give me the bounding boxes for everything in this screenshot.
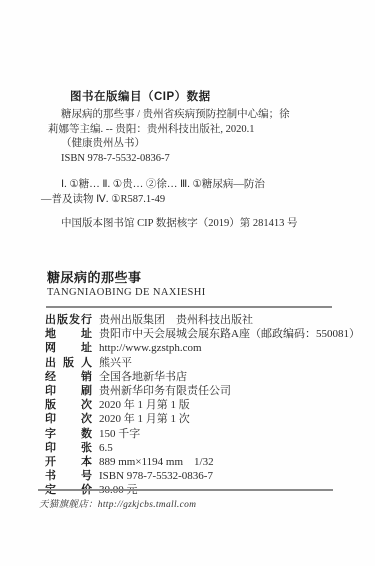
cip-classification-line: —普及读物 Ⅳ. ①R587.1-49	[41, 193, 348, 208]
book-title: 糖尿病的那些事	[47, 267, 142, 286]
cip-record: 糖尿病的那些事 / 贵州省疾病预防控制中心编；徐 莉娜等主编. -- 贵阳：贵州…	[48, 108, 348, 232]
pub-row-edition: 版次 2020 年 1 月第 1 版	[45, 396, 355, 410]
pub-row-sheets: 印张 6.5	[45, 439, 355, 453]
book-copyright-page: 图书在版编目（CIP）数据 糖尿病的那些事 / 贵州省疾病预防控制中心编；徐 莉…	[0, 0, 375, 566]
cip-record-line: 糖尿病的那些事 / 贵州省疾病预防控制中心编；徐	[48, 108, 348, 123]
publication-info-table: 出版发行 贵州出版集团 贵州科技出版社 地址 贵阳市中天会展城会展东路A座（邮政…	[45, 311, 355, 495]
cip-classification-line: Ⅰ. ①糖… Ⅱ. ①贵… ②徐… Ⅲ. ①糖尿病—防治	[48, 178, 348, 193]
pub-row-format: 开本 889 mm×1194 mm 1/32	[45, 453, 355, 467]
divider-bottom	[38, 489, 333, 491]
pub-row-word-count: 字数 150 千字	[45, 425, 355, 439]
pub-row-publisher: 出版发行 贵州出版集团 贵州科技出版社	[45, 311, 355, 325]
pub-row-value: 889 mm×1194 mm 1/32	[99, 453, 214, 469]
cip-record-line: 莉娜等主编. -- 贵阳：贵州科技出版社, 2020.1	[48, 123, 348, 138]
cip-heading: 图书在版编目（CIP）数据	[70, 88, 211, 104]
pub-row-value: 6.5	[99, 442, 113, 454]
pub-row-value: 贵阳市中天会展城会展东路A座（邮政编码：550081）	[99, 325, 360, 341]
pub-row-website: 网址 http://www.gzstph.com	[45, 339, 355, 353]
pub-row-value: http://www.gzstph.com	[99, 342, 202, 354]
book-title-pinyin: TANGNIAOBING DE NAXIESHI	[47, 287, 206, 298]
pub-row-value: 150 千字	[99, 425, 140, 441]
pub-row-printing: 印次 2020 年 1 月第 1 次	[45, 410, 355, 424]
pub-row-isbn: 书号 ISBN 978-7-5532-0836-7	[45, 467, 355, 481]
cip-registry-number: 中国版本图书馆 CIP 数据核字（2019）第 281413 号	[48, 217, 348, 232]
tmall-store-note: 天猫旗舰店：http://gzkjcbs.tmall.com	[39, 496, 196, 510]
divider-top	[46, 306, 332, 308]
pub-row-printer: 印刷 贵州新华印务有限责任公司	[45, 382, 355, 396]
pub-row-address: 地址 贵阳市中天会展城会展东路A座（邮政编码：550081）	[45, 325, 355, 339]
pub-row-publisher-person: 出版人 熊兴平	[45, 354, 355, 368]
pub-row-distribution: 经销 全国各地新华书店	[45, 368, 355, 382]
cip-isbn: ISBN 978-7-5532-0836-7	[48, 152, 348, 167]
cip-series-note: （健康贵州丛书）	[48, 137, 348, 152]
pub-row-value: ISBN 978-7-5532-0836-7	[99, 470, 213, 482]
